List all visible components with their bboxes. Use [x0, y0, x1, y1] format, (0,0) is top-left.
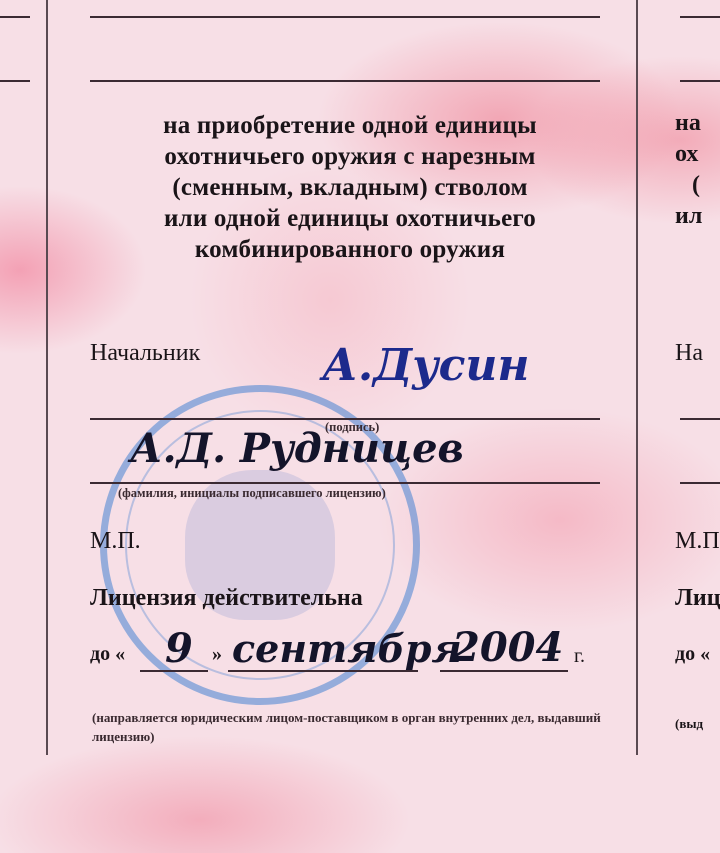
- handwritten-name: А.Д. Рудницев: [130, 425, 464, 472]
- right-fragment-heading-2: ох: [675, 141, 720, 168]
- date-day-close: »: [212, 643, 222, 666]
- right-fragment-heading-4: ил: [675, 203, 720, 230]
- date-suffix: г.: [574, 645, 585, 668]
- official-title-label: Начальник: [90, 340, 200, 367]
- right-fragment-seal: М.П: [675, 528, 720, 555]
- heading-line: охотничьего оружия с нарезным: [95, 141, 605, 172]
- date-prefix: до «: [90, 643, 125, 666]
- heading-line: комбинированного оружия: [95, 234, 605, 265]
- handwritten-signature: А.Дусин: [322, 340, 529, 391]
- right-column-border: [636, 0, 638, 755]
- heading-line: на приобретение одной единицы: [95, 110, 605, 141]
- date-day: 9: [165, 625, 193, 672]
- date-month: сентября: [232, 626, 462, 671]
- month-line: [228, 670, 418, 672]
- right-fragment-footnote: (выд: [675, 716, 720, 732]
- validity-label: Лицензия действительна: [90, 585, 363, 612]
- right-fragment-title: На: [675, 340, 720, 367]
- blank-line-2: [90, 80, 600, 82]
- left-column-border: [46, 0, 48, 755]
- left-fragment-line-1: [0, 16, 30, 18]
- right-fragment-heading-3: (: [692, 172, 720, 199]
- right-fragment-line-1: [680, 16, 720, 18]
- license-heading: на приобретение одной единицы охотничьег…: [95, 110, 605, 265]
- year-line: [440, 670, 568, 672]
- day-line: [140, 670, 208, 672]
- seal-label: М.П.: [90, 528, 141, 555]
- heading-line: (сменным, вкладным) стволом: [95, 172, 605, 203]
- name-line: [90, 482, 600, 484]
- right-fragment-line-3: [680, 418, 720, 420]
- heading-line: или одной единицы охотничьего: [95, 203, 605, 234]
- right-fragment-validity: Лиц: [675, 585, 720, 612]
- name-caption: (фамилия, инициалы подписавшего лицензию…: [118, 486, 386, 501]
- blank-line-1: [90, 16, 600, 18]
- footnote: (направляется юридическим лицом-поставщи…: [92, 708, 612, 746]
- right-fragment-line-2: [680, 80, 720, 82]
- left-fragment-line-2: [0, 80, 30, 82]
- right-fragment-line-4: [680, 482, 720, 484]
- date-year: 2004: [452, 624, 563, 671]
- right-fragment-date: до «: [675, 643, 720, 666]
- right-fragment-heading-1: на: [675, 110, 720, 137]
